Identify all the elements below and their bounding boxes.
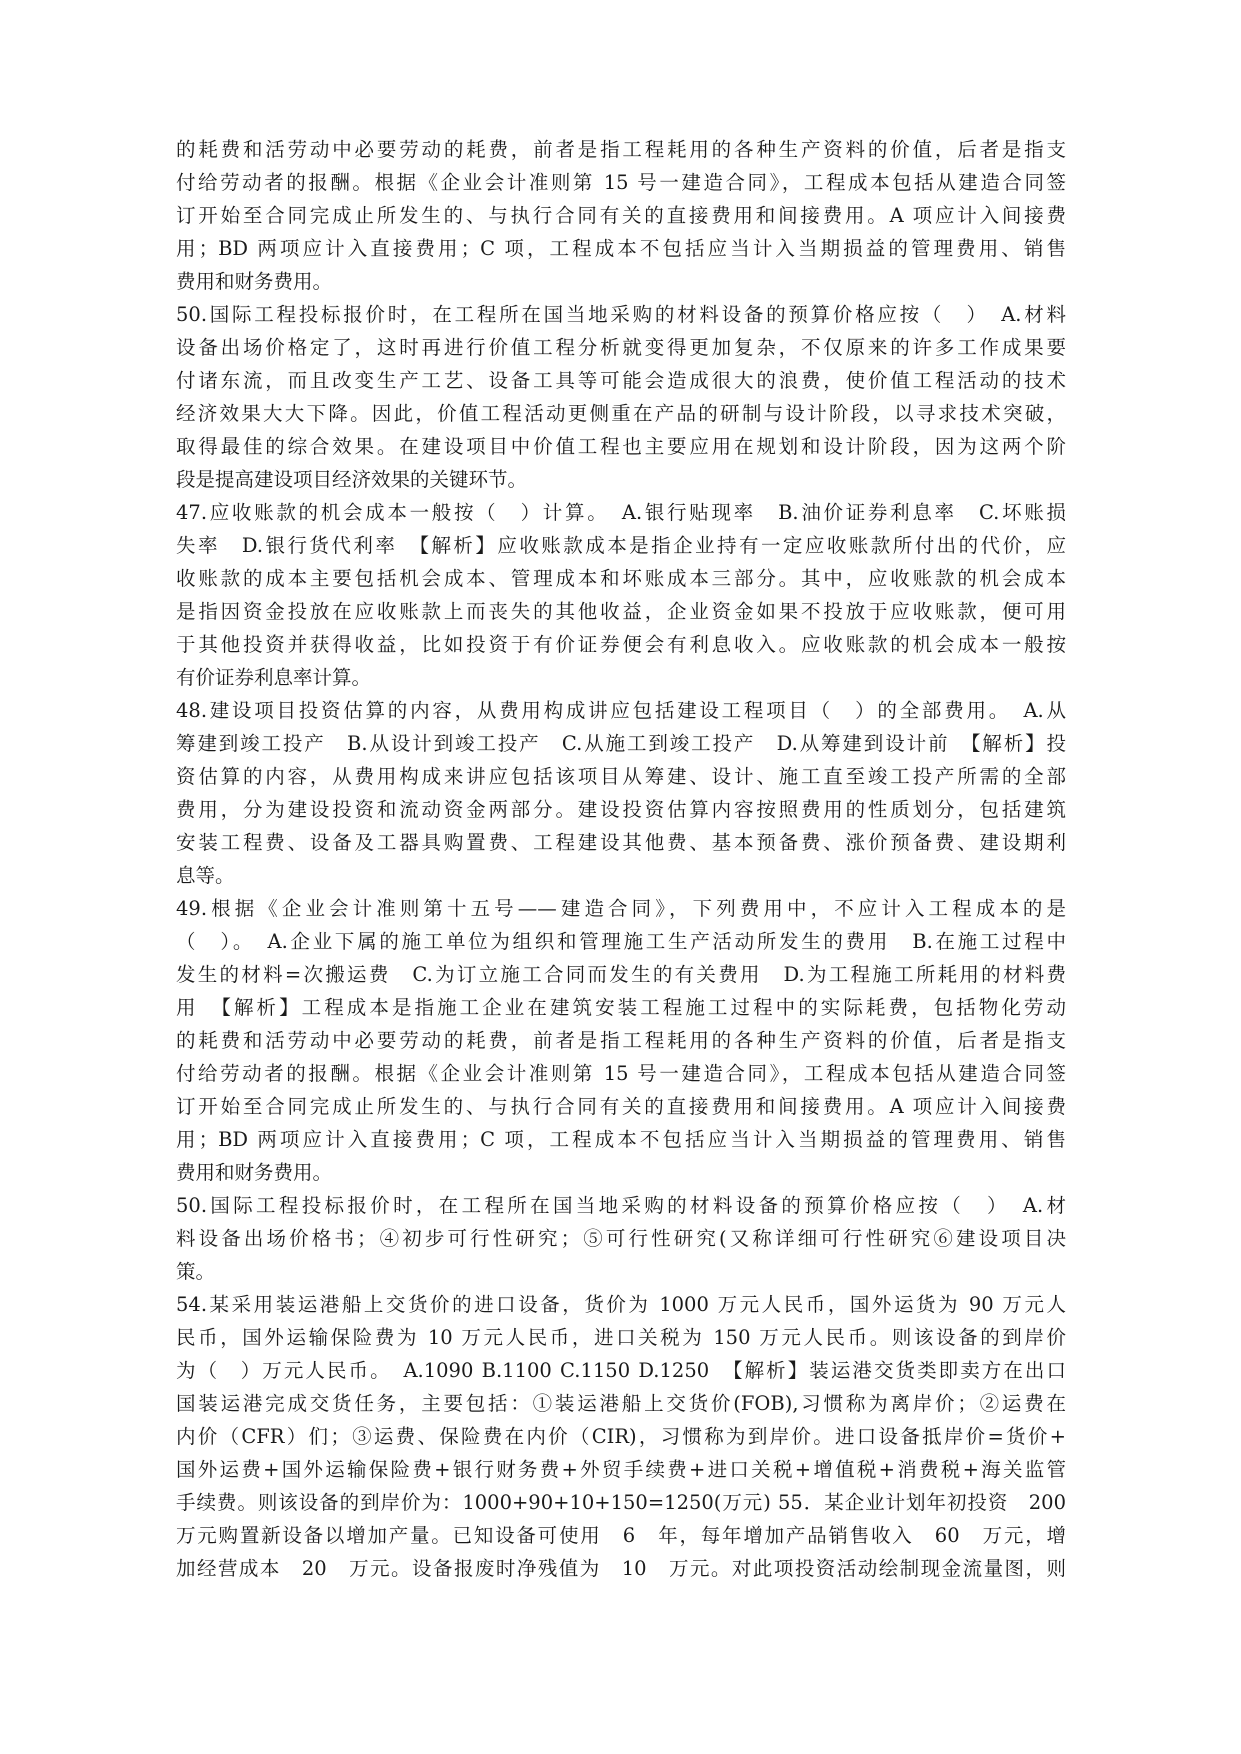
document-page: 的耗费和活劳动中必要劳动的耗费，前者是指工程耗用的各种生产资料的价值，后者是指支… — [176, 133, 1066, 1585]
text-line: 万元购置新设备以增加产量。已知设备可使用 6 年，每年增加产品销售收入 60 万… — [176, 1519, 1066, 1552]
paragraph-q49: 49.根据《企业会计准则第十五号——建造合同》，下列费用中，不应计入工程成本的是… — [176, 892, 1066, 1189]
paragraph-q50-second: 50.国际工程投标报价时，在工程所在国当地采购的材料设备的预算价格应按（ ） A… — [176, 1189, 1066, 1288]
text-line: 内价（CFR）们；③运费、保险费在内价（CIR)，习惯称为到岸价。进口设备抵岸价… — [176, 1420, 1066, 1453]
text-line: 失率 D.银行货代利率 【解析】应收账款成本是指企业持有一定应收账款所付出的代价… — [176, 529, 1066, 562]
text-line: 费用和财务费用。 — [176, 265, 1066, 298]
text-line: 于其他投资并获得收益，比如投资于有价证券便会有利息收入。应收账款的机会成本一般按 — [176, 628, 1066, 661]
text-line: 为（ ）万元人民币。 A.1090 B.1100 C.1150 D.1250 【… — [176, 1354, 1066, 1387]
paragraph-q50-first: 50.国际工程投标报价时，在工程所在国当地采购的材料设备的预算价格应按（ ） A… — [176, 298, 1066, 496]
text-line: 取得最佳的综合效果。在建设项目中价值工程也主要应用在规划和设计阶段，因为这两个阶 — [176, 430, 1066, 463]
paragraph-q54-q55: 54.某采用装运港船上交货价的进口设备，货价为 1000 万元人民币，国外运货为… — [176, 1288, 1066, 1585]
text-line: 订开始至合同完成止所发生的、与执行合同有关的直接费用和间接费用。A 项应计入间接… — [176, 199, 1066, 232]
paragraph-q49-analysis-tail: 的耗费和活劳动中必要劳动的耗费，前者是指工程耗用的各种生产资料的价值，后者是指支… — [176, 133, 1066, 298]
text-line: 手续费。则该设备的到岸价为：1000+90+10+150=1250(万元) 55… — [176, 1486, 1066, 1519]
text-line: 国装运港完成交货任务，主要包括：①装运港船上交货价(FOB),习惯称为离岸价；②… — [176, 1387, 1066, 1420]
text-line: 策。 — [176, 1255, 1066, 1288]
text-line: 付给劳动者的报酬。根据《企业会计准则第 15 号一建造合同》，工程成本包括从建造… — [176, 166, 1066, 199]
text-line: 国外运费+国外运输保险费+银行财务费+外贸手续费+进口关税+增值税+消费税+海关… — [176, 1453, 1066, 1486]
text-line: 是指因资金投放在应收账款上而丧失的其他收益，企业资金如果不投放于应收账款，便可用 — [176, 595, 1066, 628]
text-line: 经济效果大大下降。因此，价值工程活动更侧重在产品的研制与设计阶段，以寻求技术突破… — [176, 397, 1066, 430]
paragraph-q47: 47.应收账款的机会成本一般按（ ）计算。 A.银行贴现率 B.油价证券利息率 … — [176, 496, 1066, 694]
text-line: 民币，国外运输保险费为 10 万元人民币，进口关税为 150 万元人民币。则该设… — [176, 1321, 1066, 1354]
text-line: 用 【解析】工程成本是指施工企业在建筑安装工程施工过程中的实际耗费，包括物化劳动 — [176, 991, 1066, 1024]
text-line: 付给劳动者的报酬。根据《企业会计准则第 15 号一建造合同》，工程成本包括从建造… — [176, 1057, 1066, 1090]
text-line: 订开始至合同完成止所发生的、与执行合同有关的直接费用和间接费用。A 项应计入间接… — [176, 1090, 1066, 1123]
text-line: 资估算的内容，从费用构成来讲应包括该项目从筹建、设计、施工直至竣工投产所需的全部 — [176, 760, 1066, 793]
question-line: 50.国际工程投标报价时，在工程所在国当地采购的材料设备的预算价格应按（ ） A… — [176, 1189, 1066, 1222]
question-line: 48.建设项目投资估算的内容，从费用构成讲应包括建设工程项目（ ）的全部费用。 … — [176, 694, 1066, 727]
paragraph-q48: 48.建设项目投资估算的内容，从费用构成讲应包括建设工程项目（ ）的全部费用。 … — [176, 694, 1066, 892]
text-line: 的耗费和活劳动中必要劳动的耗费，前者是指工程耗用的各种生产资料的价值，后者是指支 — [176, 1024, 1066, 1057]
question-line: 54.某采用装运港船上交货价的进口设备，货价为 1000 万元人民币，国外运货为… — [176, 1288, 1066, 1321]
text-line: 料设备出场价格书；④初步可行性研究；⑤可行性研究(又称详细可行性研究⑥建设项目决 — [176, 1222, 1066, 1255]
question-line: 49.根据《企业会计准则第十五号——建造合同》，下列费用中，不应计入工程成本的是 — [176, 892, 1066, 925]
text-line: 设备出场价格定了，这时再进行价值工程分析就变得更加复杂，不仅原来的许多工作成果要 — [176, 331, 1066, 364]
question-line: 47.应收账款的机会成本一般按（ ）计算。 A.银行贴现率 B.油价证券利息率 … — [176, 496, 1066, 529]
text-line: 用；BD 两项应计入直接费用；C 项，工程成本不包括应当计入当期损益的管理费用、… — [176, 232, 1066, 265]
text-line: 用；BD 两项应计入直接费用；C 项，工程成本不包括应当计入当期损益的管理费用、… — [176, 1123, 1066, 1156]
text-line: 费用和财务费用。 — [176, 1156, 1066, 1189]
text-line: 息等。 — [176, 859, 1066, 892]
text-line: 有价证券利息率计算。 — [176, 661, 1066, 694]
text-line: 发生的材料=次搬运费 C.为订立施工合同而发生的有关费用 D.为工程施工所耗用的… — [176, 958, 1066, 991]
text-line: 加经营成本 20 万元。设备报废时净残值为 10 万元。对此项投资活动绘制现金流… — [176, 1552, 1066, 1585]
text-line: 付诸东流，而且改变生产工艺、设备工具等可能会造成很大的浪费，使价值工程活动的技术 — [176, 364, 1066, 397]
text-line: 筹建到竣工投产 B.从设计到竣工投产 C.从施工到竣工投产 D.从筹建到设计前 … — [176, 727, 1066, 760]
text-line: 的耗费和活劳动中必要劳动的耗费，前者是指工程耗用的各种生产资料的价值，后者是指支 — [176, 133, 1066, 166]
text-line: 收账款的成本主要包括机会成本、管理成本和坏账成本三部分。其中，应收账款的机会成本 — [176, 562, 1066, 595]
text-line: 段是提高建设项目经济效果的关键环节。 — [176, 463, 1066, 496]
text-line: 安装工程费、设备及工器具购置费、工程建设其他费、基本预备费、涨价预备费、建设期利 — [176, 826, 1066, 859]
text-line: （ ）。 A.企业下属的施工单位为组织和管理施工生产活动所发生的费用 B.在施工… — [176, 925, 1066, 958]
question-line: 50.国际工程投标报价时，在工程所在国当地采购的材料设备的预算价格应按（ ） A… — [176, 298, 1066, 331]
text-line: 费用，分为建设投资和流动资金两部分。建设投资估算内容按照费用的性质划分，包括建筑 — [176, 793, 1066, 826]
